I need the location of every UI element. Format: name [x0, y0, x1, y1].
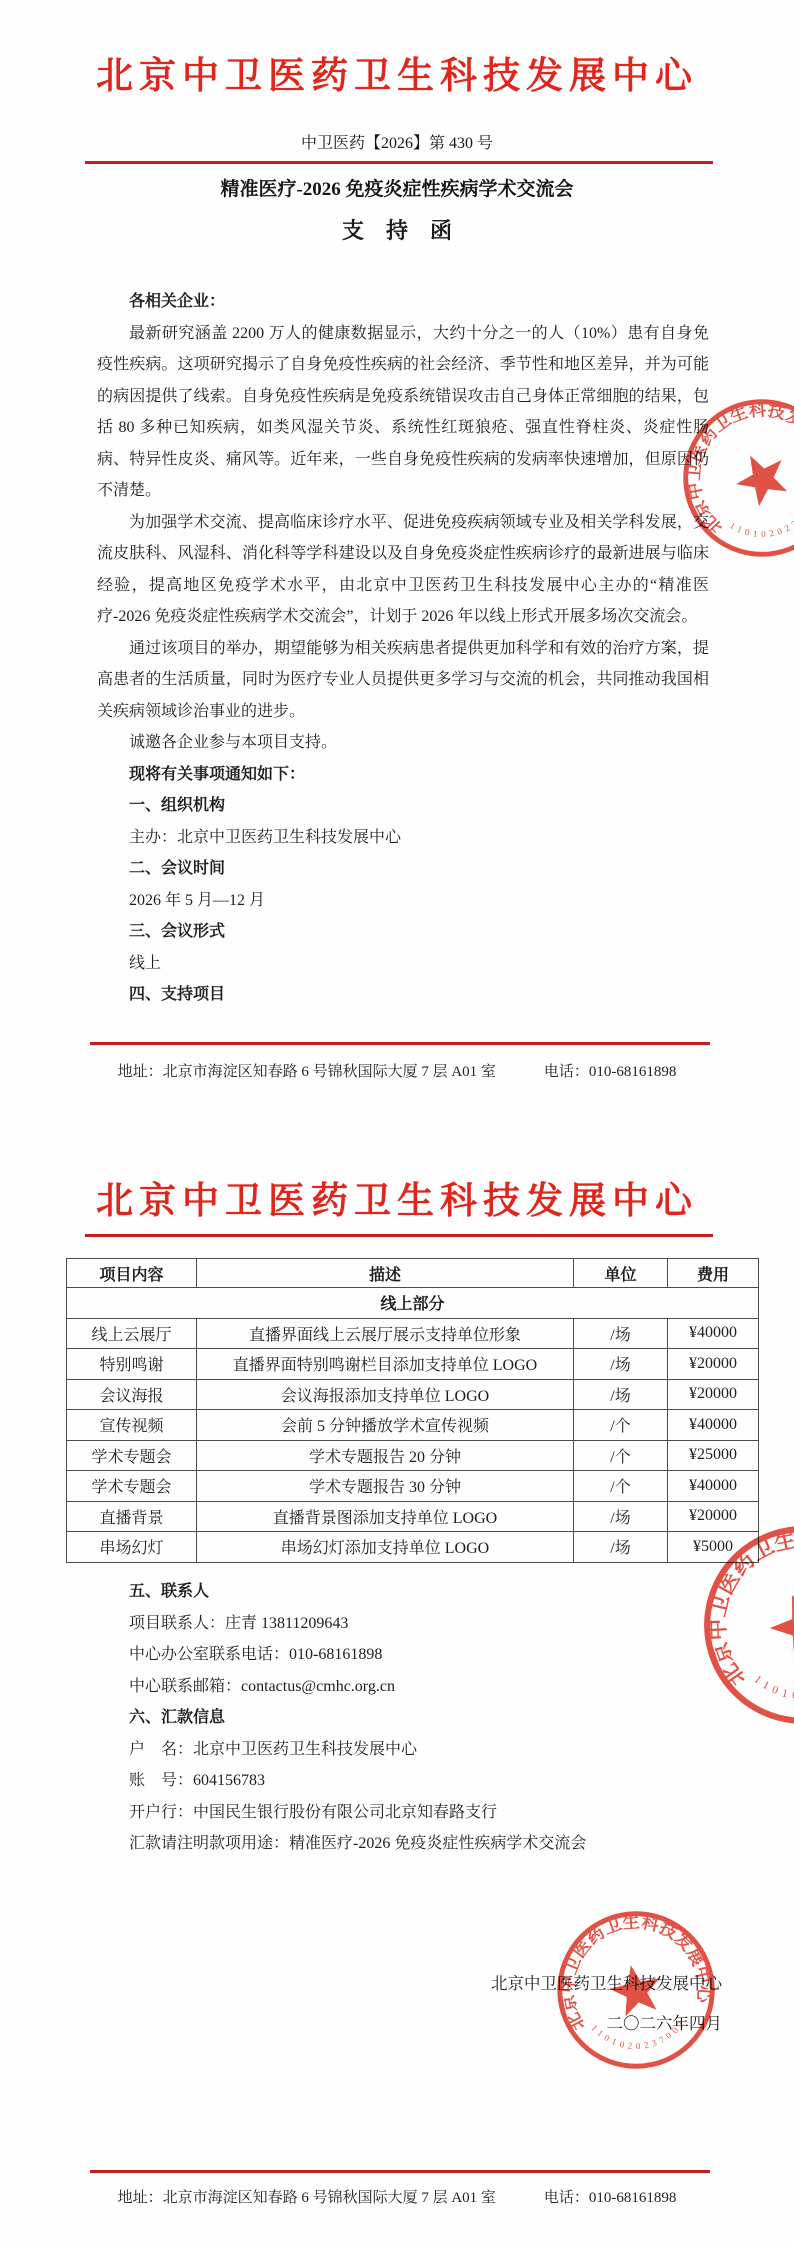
footer-address: 地址：北京市海淀区知春路 6 号锦秋国际大厦 7 层 A01 室: [118, 1060, 496, 1081]
cell-desc: 直播背景图添加支持单位 LOGO: [197, 1501, 574, 1532]
cell-item: 学术专题会: [67, 1440, 197, 1471]
header-rule-1: [85, 161, 713, 164]
payment-line: 开户行：中国民生银行股份有限公司北京知春路支行: [97, 1797, 717, 1829]
section-4-heading: 四、支持项目: [97, 979, 709, 1011]
footer-rule-1: [90, 1042, 710, 1045]
signature-date: 二〇二六年四月: [0, 2010, 722, 2034]
table-section-row: 线上部分: [67, 1288, 759, 1319]
footer-rule-2: [90, 2170, 710, 2173]
cell-desc: 学术专题报告 20 分钟: [197, 1440, 574, 1471]
cell-desc: 会前 5 分钟播放学术宣传视频: [197, 1410, 574, 1441]
payment-line: 账 号：604156783: [97, 1765, 717, 1797]
section-3-body: 线上: [97, 948, 709, 980]
document-canvas: 北京中卫医药卫生科技发展中心 中卫医药【2026】第 430 号 精准医疗-20…: [0, 0, 794, 2242]
footer-phone: 电话：010-68161898: [544, 1060, 677, 1081]
col-header-item: 项目内容: [67, 1259, 197, 1288]
cell-desc: 学术专题报告 30 分钟: [197, 1471, 574, 1502]
cell-unit: /个: [574, 1471, 668, 1502]
cell-fee: ¥20000: [668, 1501, 759, 1532]
cell-fee: ¥40000: [668, 1471, 759, 1502]
page2-footer: 地址：北京市海淀区知春路 6 号锦秋国际大厦 7 层 A01 室 电话：010-…: [0, 2186, 794, 2207]
page1-org-title: 北京中卫医药卫生科技发展中心: [0, 45, 794, 99]
col-header-desc: 描述: [197, 1259, 574, 1288]
table-row: 会议海报 会议海报添加支持单位 LOGO /场 ¥20000: [67, 1379, 759, 1410]
cell-item: 串场幻灯: [67, 1532, 197, 1563]
footer-phone: 电话：010-68161898: [544, 2186, 677, 2207]
page1-footer: 地址：北京市海淀区知春路 6 号锦秋国际大厦 7 层 A01 室 电话：010-…: [0, 1060, 794, 1081]
contacts-heading: 五、联系人: [97, 1576, 717, 1608]
cell-item: 直播背景: [67, 1501, 197, 1532]
letter-title: 支 持 函: [0, 214, 794, 245]
cell-fee: ¥20000: [668, 1349, 759, 1380]
cell-item: 特别鸣谢: [67, 1349, 197, 1380]
table-row: 学术专题会 学术专题报告 30 分钟 /个 ¥40000: [67, 1471, 759, 1502]
signature-org: 北京中卫医药卫生科技发展中心: [0, 1970, 722, 1994]
table-row: 线上云展厅 直播界面线上云展厅展示支持单位形象 /场 ¥40000: [67, 1318, 759, 1349]
cell-unit: /场: [574, 1501, 668, 1532]
page2-org-title: 北京中卫医药卫生科技发展中心: [0, 1170, 794, 1224]
cell-fee: ¥40000: [668, 1318, 759, 1349]
cell-unit: /场: [574, 1318, 668, 1349]
payment-line: 汇款请注明款项用途：精准医疗-2026 免疫炎症性疾病学术交流会: [97, 1828, 717, 1860]
table-row: 特别鸣谢 直播界面特别鸣谢栏目添加支持单位 LOGO /场 ¥20000: [67, 1349, 759, 1380]
paragraph-invite: 诚邀各企业参与本项目支持。: [97, 727, 709, 759]
cell-item: 会议海报: [67, 1379, 197, 1410]
contact-line: 项目联系人：庄青 13811209643: [97, 1608, 717, 1640]
paragraph-2: 为加强学术交流、提高临床诊疗水平、促进免疫疾病领域专业及相关学科发展，交流皮肤科…: [97, 507, 709, 633]
section-1-heading: 一、组织机构: [97, 790, 709, 822]
cell-desc: 直播界面线上云展厅展示支持单位形象: [197, 1318, 574, 1349]
cell-desc: 会议海报添加支持单位 LOGO: [197, 1379, 574, 1410]
cell-item: 线上云展厅: [67, 1318, 197, 1349]
conference-title: 精准医疗-2026 免疫炎症性疾病学术交流会: [0, 174, 794, 201]
footer-address: 地址：北京市海淀区知春路 6 号锦秋国际大厦 7 层 A01 室: [118, 2186, 496, 2207]
payment-heading: 六、汇款信息: [97, 1702, 717, 1734]
contacts-payment-block: 五、联系人 项目联系人：庄青 13811209643 中心办公室联系电话：010…: [97, 1576, 717, 1860]
table-section-label: 线上部分: [67, 1288, 759, 1319]
paragraph-1: 最新研究涵盖 2200 万人的健康数据显示，大约十分之一的人（10%）患有自身免…: [97, 318, 709, 507]
table-header-row: 项目内容 描述 单位 费用: [67, 1259, 759, 1288]
cell-unit: /场: [574, 1532, 668, 1563]
support-items-table: 项目内容 描述 单位 费用 线上部分 线上云展厅 直播界面线上云展厅展示支持单位…: [66, 1258, 759, 1563]
table-row: 学术专题会 学术专题报告 20 分钟 /个 ¥25000: [67, 1440, 759, 1471]
cell-item: 学术专题会: [67, 1471, 197, 1502]
header-rule-2: [85, 1234, 713, 1237]
contact-line: 中心联系邮箱：contactus@cmhc.org.cn: [97, 1671, 717, 1703]
cell-fee: ¥20000: [668, 1379, 759, 1410]
cell-fee: ¥25000: [668, 1440, 759, 1471]
cell-fee: ¥40000: [668, 1410, 759, 1441]
paragraph-3: 通过该项目的举办，期望能够为相关疾病患者提供更加科学和有效的治疗方案，提高患者的…: [97, 633, 709, 728]
section-3-heading: 三、会议形式: [97, 916, 709, 948]
cell-unit: /场: [574, 1349, 668, 1380]
cell-desc: 直播界面特别鸣谢栏目添加支持单位 LOGO: [197, 1349, 574, 1380]
cell-desc: 串场幻灯添加支持单位 LOGO: [197, 1532, 574, 1563]
section-1-body: 主办：北京中卫医药卫生科技发展中心: [97, 822, 709, 854]
table-row: 串场幻灯 串场幻灯添加支持单位 LOGO /场 ¥5000: [67, 1532, 759, 1563]
table-row: 直播背景 直播背景图添加支持单位 LOGO /场 ¥20000: [67, 1501, 759, 1532]
cell-unit: /个: [574, 1440, 668, 1471]
cell-item: 宣传视频: [67, 1410, 197, 1441]
col-header-unit: 单位: [574, 1259, 668, 1288]
cell-fee: ¥5000: [668, 1532, 759, 1563]
section-2-heading: 二、会议时间: [97, 853, 709, 885]
payment-line: 户 名：北京中卫医药卫生科技发展中心: [97, 1734, 717, 1766]
letter-body: 各相关企业： 最新研究涵盖 2200 万人的健康数据显示，大约十分之一的人（10…: [97, 286, 709, 1011]
notice-intro: 现将有关事项通知如下：: [97, 759, 709, 791]
cell-unit: /场: [574, 1379, 668, 1410]
doc-number: 中卫医药【2026】第 430 号: [0, 130, 794, 153]
table-row: 宣传视频 会前 5 分钟播放学术宣传视频 /个 ¥40000: [67, 1410, 759, 1441]
section-2-body: 2026 年 5 月—12 月: [97, 885, 709, 917]
contact-line: 中心办公室联系电话：010-68161898: [97, 1639, 717, 1671]
salutation: 各相关企业：: [97, 286, 709, 318]
cell-unit: /个: [574, 1410, 668, 1441]
col-header-fee: 费用: [668, 1259, 759, 1288]
